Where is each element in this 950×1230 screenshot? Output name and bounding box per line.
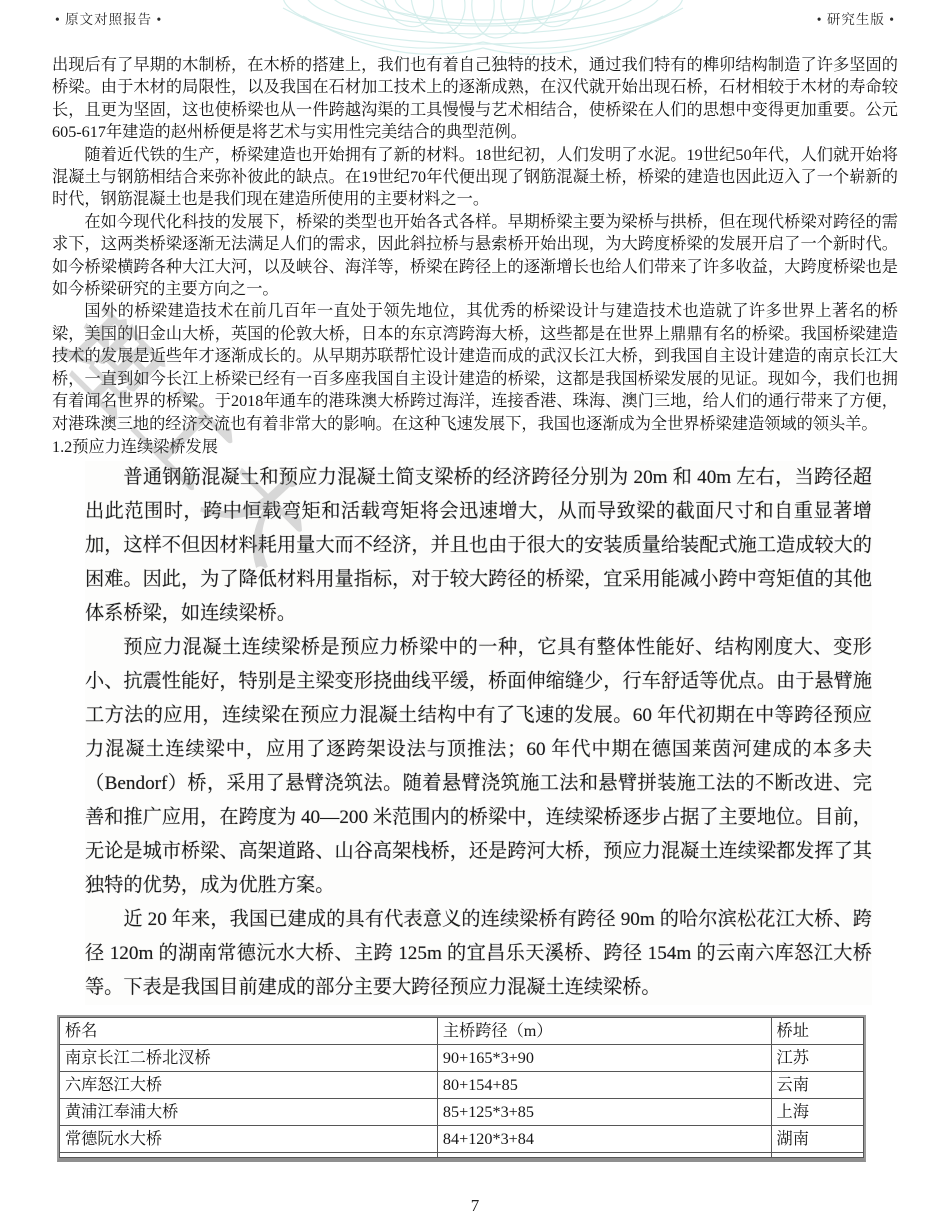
table-header-cell: 桥址: [771, 1017, 863, 1044]
quote-paragraph: 近 20 年来，我国已建成的具有代表意义的连续梁桥有跨径 90m 的哈尔滨松花江…: [85, 903, 872, 1005]
body-paragraph: 随着近代铁的生产，桥梁建造也开始拥有了新的材料。18世纪初，人们发明了水泥。19…: [52, 144, 898, 211]
table-header-cell: 桥名: [60, 1017, 438, 1044]
document-content: 出现后有了早期的木制桥，在木桥的搭建上，我们也有着自己独特的技术，通过我们特有的…: [52, 54, 898, 1162]
table-cell: 湖南: [771, 1125, 863, 1152]
quoted-passage-block: 普通钢筋混凝土和预应力混凝土简支梁桥的经济跨径分别为 20m 和 40m 左右，…: [85, 461, 872, 1005]
body-paragraph: 在如今现代化科技的发展下，桥梁的类型也开始各式各样。早期桥梁主要为梁桥与拱桥，但…: [52, 211, 898, 301]
table-cell: 南京长江二桥北汊桥: [60, 1044, 438, 1071]
table-cell: 80+154+85: [437, 1071, 771, 1098]
table-header-cell: 主桥跨径（m）: [437, 1017, 771, 1044]
table-cell: 90+165*3+90: [437, 1044, 771, 1071]
table-row: 常德阮水大桥 84+120*3+84 湖南: [60, 1125, 864, 1152]
table-cell: 常德阮水大桥: [60, 1125, 438, 1152]
bridge-table: 桥名 主桥跨径（m） 桥址 南京长江二桥北汊桥 90+165*3+90 江苏 六…: [59, 1017, 864, 1158]
bridge-table-wrapper: 桥名 主桥跨径（m） 桥址 南京长江二桥北汊桥 90+165*3+90 江苏 六…: [57, 1015, 866, 1162]
header-left-label: • 原文对照报告 •: [55, 8, 162, 28]
table-row: 黄浦江奉浦大桥 85+125*3+85 上海: [60, 1098, 864, 1125]
table-cell: 江苏: [771, 1044, 863, 1071]
quote-paragraph: 预应力混凝土连续梁桥是预应力桥梁中的一种，它具有整体性能好、结构刚度大、变形小、…: [85, 631, 872, 903]
table-cell: 云南: [771, 1071, 863, 1098]
body-paragraph: 出现后有了早期的木制桥，在木桥的搭建上，我们也有着自己独特的技术，通过我们特有的…: [52, 54, 898, 144]
table-cell: 黄浦江奉浦大桥: [60, 1098, 438, 1125]
document-page: • 原文对照报告 • • 研究生版 • 理工大 出现后有了早期的木制桥，在木桥的…: [0, 0, 950, 1230]
table-cell: 84+120*3+84: [437, 1125, 771, 1152]
header-right-label: • 研究生版 •: [817, 8, 895, 28]
table-row: 六库怒江大桥 80+154+85 云南: [60, 1071, 864, 1098]
table-cell: 上海: [771, 1098, 863, 1125]
quote-paragraph: 普通钢筋混凝土和预应力混凝土简支梁桥的经济跨径分别为 20m 和 40m 左右，…: [85, 461, 872, 631]
page-number: 7: [0, 1196, 950, 1216]
table-header-row: 桥名 主桥跨径（m） 桥址: [60, 1017, 864, 1044]
page-header: • 原文对照报告 • • 研究生版 •: [55, 8, 895, 28]
table-row: 南京长江二桥北汊桥 90+165*3+90 江苏: [60, 1044, 864, 1071]
table-cell: 85+125*3+85: [437, 1098, 771, 1125]
section-heading: 1.2预应力连续梁桥发展: [52, 436, 898, 459]
table-cell: 六库怒江大桥: [60, 1071, 438, 1098]
body-paragraph: 国外的桥梁建造技术在前几百年一直处于领先地位，其优秀的桥梁设计与建造技术也造就了…: [52, 300, 898, 434]
table-row-cutoff: [60, 1152, 864, 1157]
